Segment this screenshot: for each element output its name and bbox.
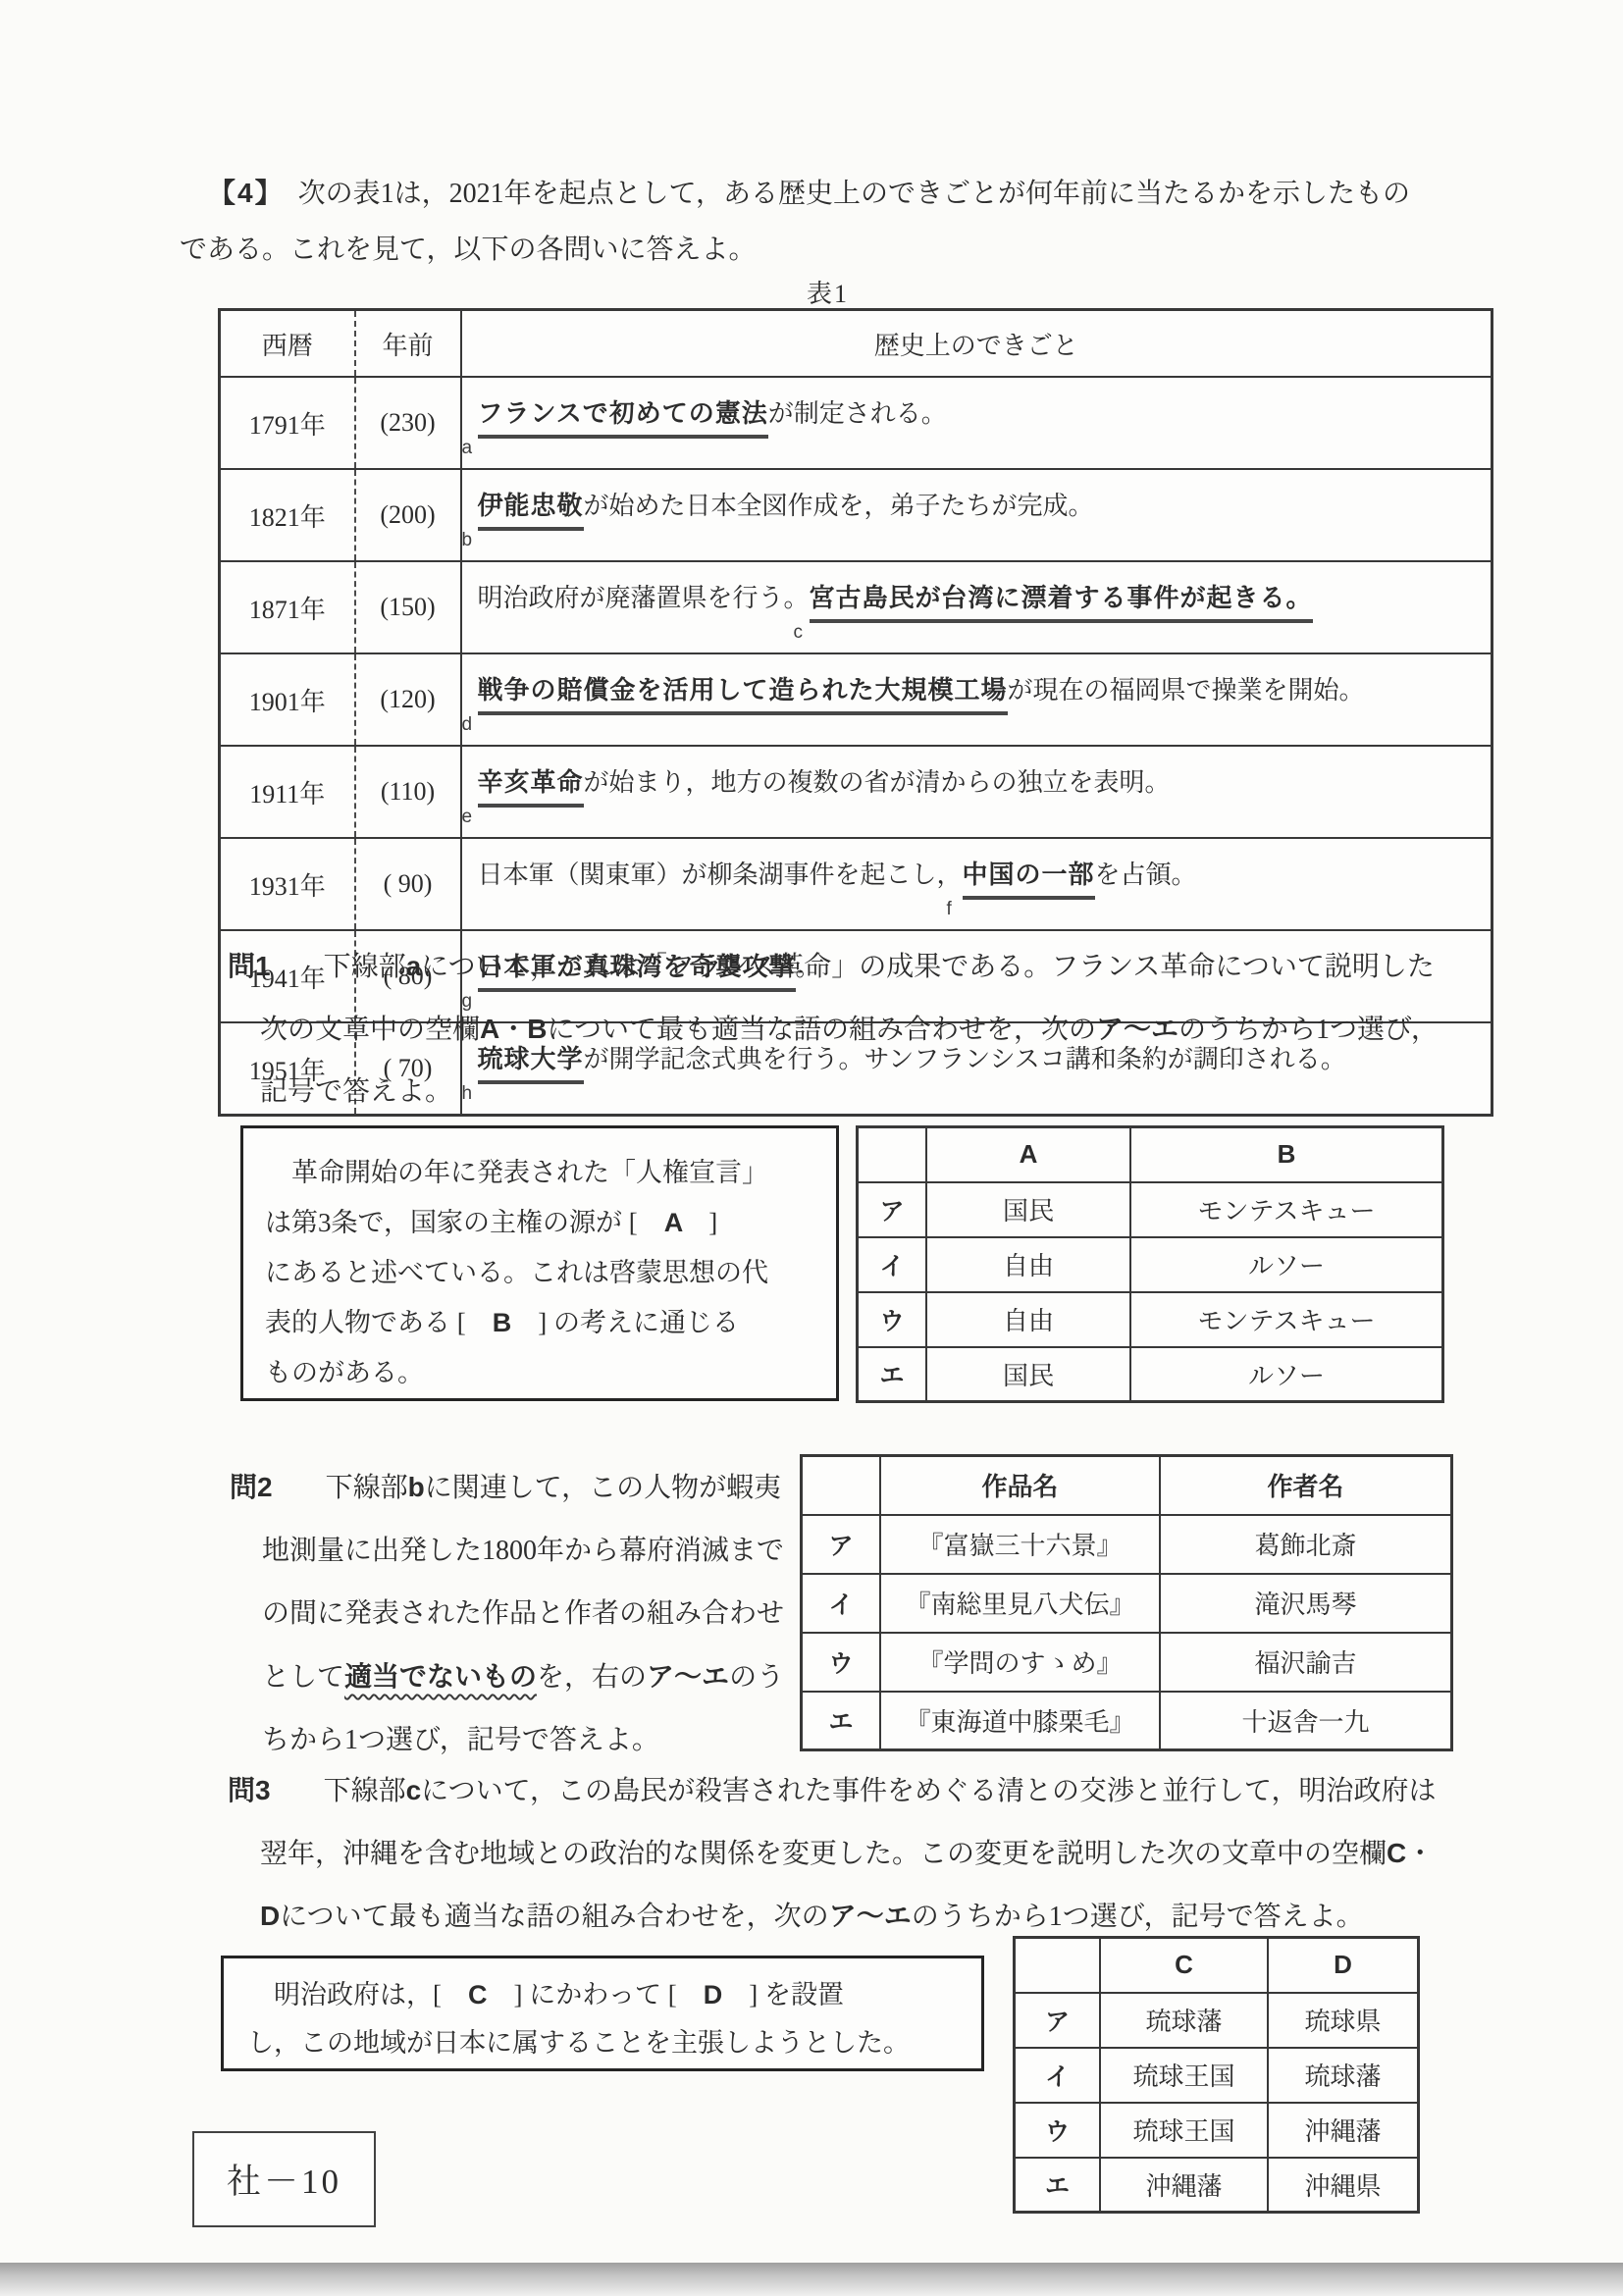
year-cell: 1821年 (220, 469, 355, 561)
years-ago-cell: ( 90) (355, 838, 461, 930)
option-value: 国民 (926, 1182, 1130, 1237)
option-value: モンテスキュー (1130, 1292, 1443, 1347)
table-row: 1911年 (110) 辛亥革命eが始まり，地方の複数の省が清からの独立を表明。 (220, 746, 1492, 838)
q2-heading: 問2 (230, 1472, 273, 1502)
underlined-phrase: 中国の一部f (963, 855, 1095, 900)
years-ago-cell: (120) (355, 653, 461, 746)
option-value: 『学問のすゝめ』 (880, 1633, 1160, 1692)
option-value: 沖縄県 (1268, 2158, 1419, 2213)
option-letter: ウ (802, 1633, 881, 1692)
column-header: D (1268, 1938, 1419, 1993)
q2-line-1: 問2下線部bに関連して，この人物が蝦夷 (230, 1456, 784, 1520)
intro-line-1: 【4】次の表1は，2021年を起点として，ある歴史上のできごとが何年前に当たるか… (180, 165, 1410, 222)
question-1: 問1下線部aについて，これは「フランス革命」の成果である。フランス革命について説… (228, 935, 1439, 1122)
event-cell: 辛亥革命eが始まり，地方の複数の省が清からの独立を表明。 (461, 746, 1492, 838)
option-letter: ウ (858, 1292, 927, 1347)
q1-options-table: ABア国民モンテスキューイ自由ルソーウ自由モンテスキューエ国民ルソー (856, 1125, 1444, 1403)
option-letter: エ (802, 1692, 881, 1750)
option-row: ウ自由モンテスキュー (858, 1292, 1443, 1347)
question-4-intro: 【4】次の表1は，2021年を起点として，ある歴史上のできごとが何年前に当たるか… (180, 165, 1410, 278)
option-row: ア国民モンテスキュー (858, 1182, 1443, 1237)
option-row: ウ琉球王国沖縄藩 (1015, 2103, 1419, 2158)
corner-cell (858, 1127, 927, 1182)
q3-text-1: 下線部cについて，この島民が殺害された事件をめぐる清との交渉と並行して，明治政府… (324, 1776, 1437, 1806)
col-header-ago: 年前 (355, 310, 461, 378)
option-value: モンテスキュー (1130, 1182, 1443, 1237)
underlined-phrase: 宮古島民が台湾に漂着する事件が起きる。c (810, 578, 1313, 623)
years-ago-cell: (110) (355, 746, 461, 838)
q3-options-table: CDア琉球藩琉球県イ琉球王国琉球藩ウ琉球王国沖縄藩エ沖縄藩沖縄県 (1013, 1936, 1420, 2214)
years-ago-cell: (230) (355, 377, 461, 469)
option-value: 福沢諭吉 (1160, 1633, 1452, 1692)
option-letter: エ (858, 1347, 927, 1402)
option-value: 『富嶽三十六景』 (880, 1515, 1160, 1574)
underlined-phrase: 戦争の賠償金を活用して造られた大規模工場d (478, 670, 1008, 715)
option-row: エ国民ルソー (858, 1347, 1443, 1402)
option-value: ルソー (1130, 1237, 1443, 1292)
event-cell: 戦争の賠償金を活用して造られた大規模工場dが現在の福岡県で操業を開始。 (461, 653, 1492, 746)
q1-box-line: 表的人物である [ B ] の考えに通じる (265, 1298, 818, 1348)
option-row: イ自由ルソー (858, 1237, 1443, 1292)
option-letter: ア (802, 1515, 881, 1574)
q1-line-2: 次の文章中の空欄A・Bについて最も適当な語の組み合わせを，次のア～エのうちから1… (228, 998, 1439, 1061)
option-letter: エ (1015, 2158, 1101, 2213)
corner-cell (1015, 1938, 1101, 1993)
table-row: 1791年 (230) フランスで初めての憲法aが制定される。 (220, 377, 1492, 469)
options-header-row: 作品名作者名 (802, 1456, 1452, 1515)
column-header: C (1100, 1938, 1268, 1993)
corner-cell (802, 1456, 881, 1515)
table1-header-row: 西暦 年前 歴史上のできごと (220, 310, 1492, 378)
option-letter: ア (1015, 1993, 1101, 2048)
page-number: 社－10 (227, 2155, 341, 2204)
options-header-row: AB (858, 1127, 1443, 1182)
option-row: ア『富嶽三十六景』葛飾北斎 (802, 1515, 1452, 1574)
column-header: A (926, 1127, 1130, 1182)
q3-line-1: 問3下線部cについて，この島民が殺害された事件をめぐる清との交渉と並行して，明治… (228, 1759, 1437, 1822)
option-letter: イ (1015, 2048, 1101, 2103)
q2-line-2: 地測量に出発した1800年から幕府消滅まで (230, 1520, 784, 1583)
options-header-row: CD (1015, 1938, 1419, 1993)
option-row: イ『南総里見八犬伝』滝沢馬琴 (802, 1574, 1452, 1633)
event-post: が始めた日本全図作成を，弟子たちが完成。 (584, 492, 1094, 520)
table-row: 1901年 (120) 戦争の賠償金を活用して造られた大規模工場dが現在の福岡県… (220, 653, 1492, 746)
event-pre: 日本軍（関東軍）が柳条湖事件を起こし， (478, 861, 963, 889)
q2-line-4: として適当でないものを，右のア～エのう (230, 1645, 784, 1709)
year-cell: 1871年 (220, 561, 355, 653)
col-header-event: 歴史上のできごと (461, 310, 1492, 378)
event-cell: 伊能忠敬bが始めた日本全図作成を，弟子たちが完成。 (461, 469, 1492, 561)
underline-label: e (462, 808, 473, 826)
exam-page: 【4】次の表1は，2021年を起点として，ある歴史上のできごとが何年前に当たるか… (0, 0, 1623, 2296)
option-letter: ア (858, 1182, 927, 1237)
year-cell: 1931年 (220, 838, 355, 930)
scan-edge-artifact (0, 2263, 1623, 2296)
underlined-phrase: 辛亥革命e (478, 762, 584, 808)
q2-options-table: 作品名作者名ア『富嶽三十六景』葛飾北斎イ『南総里見八犬伝』滝沢馬琴ウ『学問のすゝ… (800, 1454, 1453, 1751)
event-post: が現在の福岡県で操業を開始。 (1008, 676, 1365, 704)
event-post: が制定される。 (768, 399, 947, 428)
table-row: 1931年 ( 90) 日本軍（関東軍）が柳条湖事件を起こし，中国の一部fを占領… (220, 838, 1492, 930)
option-letter: ウ (1015, 2103, 1101, 2158)
event-post: が始まり，地方の複数の省が清からの独立を表明。 (584, 768, 1171, 797)
q1-line-1: 問1下線部aについて，これは「フランス革命」の成果である。フランス革命について説… (228, 935, 1439, 998)
option-value: 琉球王国 (1100, 2103, 1268, 2158)
option-row: ア琉球藩琉球県 (1015, 1993, 1419, 2048)
column-header: B (1130, 1127, 1443, 1182)
column-header: 作者名 (1160, 1456, 1452, 1515)
underline-label: b (462, 531, 473, 549)
option-row: イ琉球王国琉球藩 (1015, 2048, 1419, 2103)
option-value: 琉球藩 (1268, 2048, 1419, 2103)
option-letter: イ (802, 1574, 881, 1633)
years-ago-cell: (200) (355, 469, 461, 561)
event-pre: 明治政府が廃藩置県を行う。 (478, 584, 810, 612)
option-value: 自由 (926, 1237, 1130, 1292)
page-number-box: 社－10 (192, 2131, 376, 2227)
option-row: エ沖縄藩沖縄県 (1015, 2158, 1419, 2213)
q1-box-line: は第3条で，国家の主権の源が [ A ] (265, 1198, 818, 1248)
q1-passage-box: 革命開始の年に発表された「人権宣言」 は第3条で，国家の主権の源が [ A ] … (240, 1125, 839, 1401)
intro-line-2: である。これを見て，以下の各問いに答えよ。 (180, 222, 1410, 278)
option-value: ルソー (1130, 1347, 1443, 1402)
q3-passage-box: 明治政府は，[ C ] にかわって [ D ] を設置 し，この地域が日本に属す… (221, 1956, 984, 2071)
question-number: 【4】 (208, 178, 285, 208)
underline-label: a (462, 439, 473, 457)
years-ago-cell: (150) (355, 561, 461, 653)
option-value: 沖縄藩 (1268, 2103, 1419, 2158)
underlined-phrase: フランスで初めての憲法a (478, 393, 768, 439)
event-cell: 日本軍（関東軍）が柳条湖事件を起こし，中国の一部fを占領。 (461, 838, 1492, 930)
underlined-phrase: 伊能忠敬b (478, 486, 584, 531)
option-row: ウ『学問のすゝめ』福沢諭吉 (802, 1633, 1452, 1692)
event-cell: 明治政府が廃藩置県を行う。宮古島民が台湾に漂着する事件が起きる。c (461, 561, 1492, 653)
option-row: エ『東海道中膝栗毛』十返舎一九 (802, 1692, 1452, 1750)
underline-label: d (462, 715, 473, 734)
event-cell: フランスで初めての憲法aが制定される。 (461, 377, 1492, 469)
option-value: 自由 (926, 1292, 1130, 1347)
q3-heading: 問3 (228, 1775, 271, 1805)
q3-box-line: 明治政府は，[ C ] にかわって [ D ] を設置 (247, 1971, 964, 2019)
table-row: 1821年 (200) 伊能忠敬bが始めた日本全図作成を，弟子たちが完成。 (220, 469, 1492, 561)
underline-label: c (794, 623, 804, 642)
q1-box-line: にあると述べている。これは啓蒙思想の代 (265, 1248, 818, 1298)
option-value: 十返舎一九 (1160, 1692, 1452, 1750)
q3-box-line: し，この地域が日本に属することを主張しようとした。 (247, 2019, 964, 2067)
option-letter: イ (858, 1237, 927, 1292)
year-cell: 1901年 (220, 653, 355, 746)
table1-title: 表1 (807, 274, 849, 310)
question-3: 問3下線部cについて，この島民が殺害された事件をめぐる清との交渉と並行して，明治… (228, 1759, 1437, 1948)
option-value: 琉球藩 (1100, 1993, 1268, 2048)
year-cell: 1791年 (220, 377, 355, 469)
year-cell: 1911年 (220, 746, 355, 838)
option-value: 『南総里見八犬伝』 (880, 1574, 1160, 1633)
q1-heading: 問1 (228, 951, 271, 981)
option-value: 葛飾北斎 (1160, 1515, 1452, 1574)
q3-line-2: 翌年，沖縄を含む地域との政治的な関係を変更した。この変更を説明した次の文章中の空… (228, 1822, 1437, 1885)
option-value: 琉球王国 (1100, 2048, 1268, 2103)
option-value: 琉球県 (1268, 1993, 1419, 2048)
option-value: 滝沢馬琴 (1160, 1574, 1452, 1633)
underline-label: f (947, 900, 952, 918)
q1-box-line: 革命開始の年に発表された「人権宣言」 (265, 1148, 818, 1198)
intro-text-1: 次の表1は，2021年を起点として，ある歴史上のできごとが何年前に当たるかを示し… (298, 179, 1410, 209)
event-post: を占領。 (1095, 861, 1197, 889)
question-2: 問2下線部bに関連して，この人物が蝦夷 地測量に出発した1800年から幕府消滅ま… (230, 1456, 784, 1772)
q1-line-3: 記号で答えよ。 (228, 1061, 1439, 1122)
q1-box-line: ものがある。 (265, 1348, 818, 1398)
column-header: 作品名 (880, 1456, 1160, 1515)
table-row: 1871年 (150) 明治政府が廃藩置県を行う。宮古島民が台湾に漂着する事件が… (220, 561, 1492, 653)
q2-line-3: の間に発表された作品と作者の組み合わせ (230, 1583, 784, 1645)
col-header-year: 西暦 (220, 310, 355, 378)
option-value: 国民 (926, 1347, 1130, 1402)
q2-text-1: 下線部bに関連して，この人物が蝦夷 (326, 1473, 782, 1503)
q1-text-1: 下線部aについて，これは「フランス革命」の成果である。フランス革命について説明し… (324, 952, 1435, 982)
option-value: 『東海道中膝栗毛』 (880, 1692, 1160, 1750)
option-value: 沖縄藩 (1100, 2158, 1268, 2213)
